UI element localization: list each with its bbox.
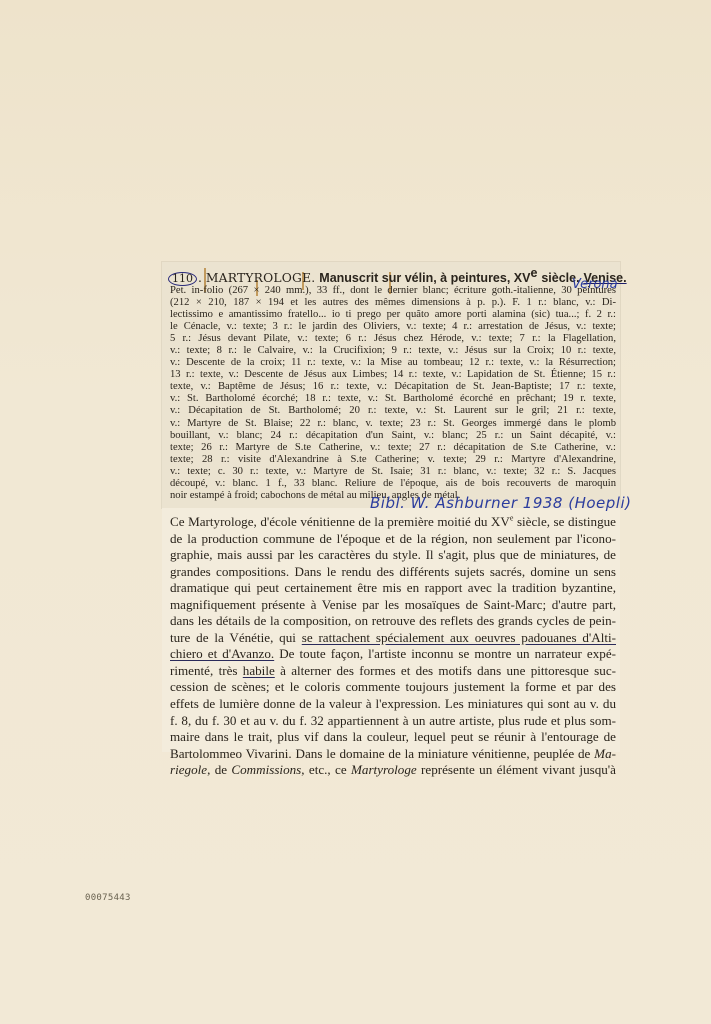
commentary-paragraph: Ce Martyrologe, d'école vénitienne de la… — [170, 514, 616, 779]
description-line: lectissimo e amantissimo fratello... io … — [170, 309, 616, 321]
commentary-line: Bartolommeo Vivarini. Dans le domaine de… — [170, 746, 616, 763]
entry-heading: 110. MARTYROLOGE. Manuscrit sur vélin, à… — [168, 266, 620, 286]
commentary-line: rimenté, très habile à alterner des form… — [170, 663, 616, 680]
description-line: v.: texte; 8 r.: le Calvaire, v.: la Cru… — [170, 345, 616, 357]
commentary-line: cession de scènes; et le coloris comment… — [170, 679, 616, 696]
commentary-line: effets de lumière donne de la valeur à l… — [170, 696, 616, 713]
inventory-stamp: 00075443 — [85, 893, 131, 903]
description-line: v.: Décapitation de St. Bartholomé; 20 r… — [170, 405, 616, 417]
commentary-line: ture de la Vénétie, qui se rattachent sp… — [170, 630, 616, 647]
century-superscript: e — [530, 266, 537, 280]
handwritten-provenance: Bibl. W. Ashburner 1938 (Hoepli) — [370, 494, 631, 512]
commentary-line: Ce Martyrologe, d'école vénitienne de la… — [170, 514, 616, 531]
commentary-line: magnifiquement présente à Venise par les… — [170, 597, 616, 614]
description-line: texte; 26 r.: Martyre de S.te Catherine,… — [170, 442, 616, 454]
description-line: v.: St. Bartholomé écorché; 18 r.: texte… — [170, 393, 616, 405]
underlined-passage: se rattachent spécialement aux oeuvres p… — [302, 630, 616, 645]
description-line: le Cénacle, v.: texte; 3 r.: le jardin d… — [170, 321, 616, 333]
description-line: découpé, v.: blanc. 1 f., 33 blanc. Reli… — [170, 478, 616, 490]
description-line: texte; 28 r.: visite d'Alexandrine à S.t… — [170, 454, 616, 466]
entry-subtitle: Manuscrit sur vélin, à peintures, XV — [319, 271, 530, 285]
description-line: 13 r.: texte, v.: Descente de Jésus aux … — [170, 369, 616, 381]
commentary-line: maire dans le trait, plus vif dans la co… — [170, 729, 616, 746]
description-line: v.: Descente de la croix; 11 r.: texte, … — [170, 357, 616, 369]
commentary-line: dans les détails de la composition, on r… — [170, 613, 616, 630]
commentary-line: de la production commune de l'époque et … — [170, 531, 616, 548]
commentary-line: riegole, de Commissions, etc., ce Martyr… — [170, 762, 616, 779]
entry-title: MARTYROLOGE. — [206, 271, 316, 285]
entry-number: 110 — [168, 272, 197, 286]
description-line: texte, v.: Baptême de Jésus; 16 r.: text… — [170, 381, 616, 393]
commentary-line: f. 8, du f. 30 et au v. du f. 32 apparti… — [170, 713, 616, 730]
commentary-line: dramatique qui peut certainement être mi… — [170, 580, 616, 597]
description-line: 5 r.: Jésus devant Pilate, v.: texte; 6 … — [170, 333, 616, 345]
commentary-line: grandes compositions. Dans le rendu des … — [170, 564, 616, 581]
description-line: Pet. in-folio (267 × 240 mm.), 33 ff., d… — [170, 285, 616, 297]
underlined-passage: chiero et d'Avanzo. — [170, 646, 274, 661]
description-line: (212 × 210, 187 × 194 et les autres des … — [170, 297, 616, 309]
commentary-line: graphie, mais aussi par les caractères d… — [170, 547, 616, 564]
physical-description: Pet. in-folio (267 × 240 mm.), 33 ff., d… — [170, 285, 616, 502]
commentary-line: chiero et d'Avanzo. De toute façon, l'ar… — [170, 646, 616, 663]
description-line: bouillant, v.: blanc; 24 r.: décapitatio… — [170, 430, 616, 442]
underlined-word: habile — [243, 663, 275, 678]
description-line: v.: Martyre de St. Blaise; 22 r.: blanc,… — [170, 418, 616, 430]
description-line: v.: texte; c. 30 r.: texte, v.: Martyre … — [170, 466, 616, 478]
